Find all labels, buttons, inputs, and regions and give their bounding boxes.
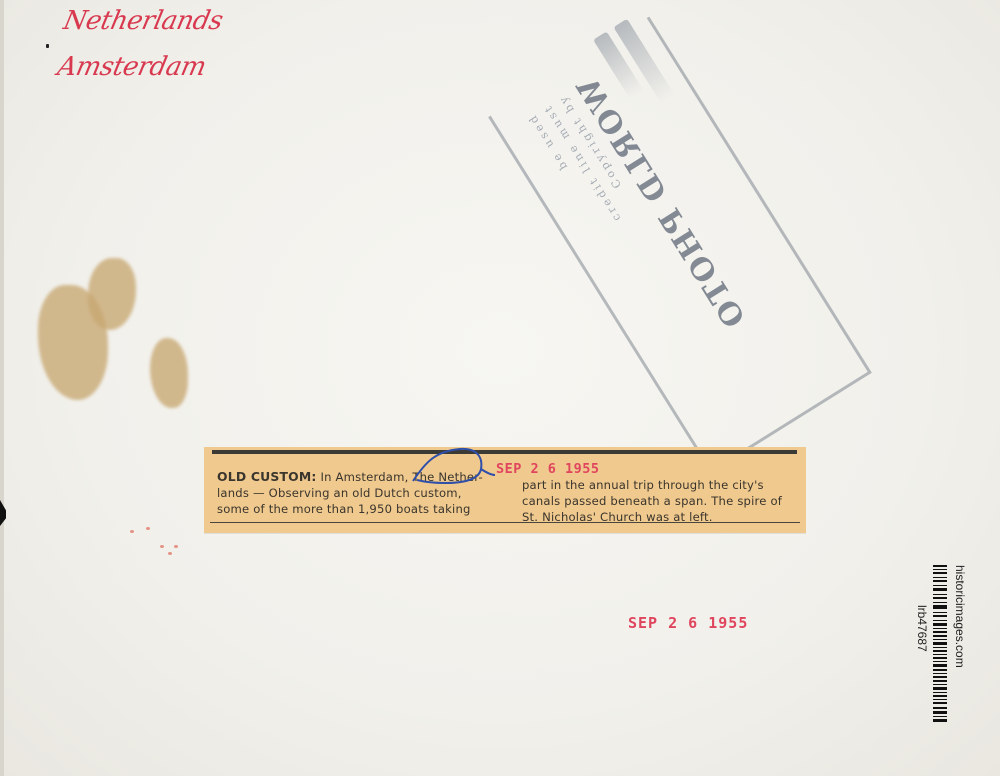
water-stain (150, 338, 188, 408)
ink-speckle (168, 552, 172, 555)
pen-mark (46, 44, 49, 48)
clipping-date-stamp: SEP 2 6 1955 (496, 461, 600, 477)
photo-edge (0, 0, 4, 776)
handwritten-country: Netherlands (61, 6, 226, 36)
ink-speckle (174, 545, 178, 548)
newspaper-clipping: SEP 2 6 1955 OLD CUSTOM: In Amsterdam, T… (204, 447, 806, 533)
photo-back: Netherlands Amsterdam WORLD PHOTO Copyri… (0, 0, 1000, 776)
ink-speckle (160, 545, 164, 548)
clipping-line: part in the annual trip through the city… (522, 477, 804, 493)
barcode-icon (933, 565, 947, 723)
clipping-headline: OLD CUSTOM: (217, 469, 317, 484)
ink-speckle (130, 530, 134, 533)
clipping-rule (212, 450, 797, 454)
pen-loop-mark (405, 443, 495, 489)
received-date-stamp: SEP 2 6 1955 (628, 614, 748, 632)
handwritten-city: Amsterdam (55, 52, 209, 82)
barcode-label: historicimages.com lrb47687 (925, 565, 970, 725)
clipping-column-2: part in the annual trip through the city… (522, 477, 804, 525)
clipping-rule (210, 522, 800, 523)
clipping-line: canals passed beneath a span. The spire … (522, 493, 804, 509)
barcode-id-text: lrb47687 (915, 605, 928, 652)
ink-speckle (146, 527, 150, 530)
rubber-stamp: WORLD PHOTO Copyright by credit line mus… (488, 17, 872, 474)
water-stain (88, 258, 136, 330)
barcode-site-text: historicimages.com (953, 565, 966, 668)
clipping-line: some of the more than 1,950 boats taking (217, 501, 502, 517)
